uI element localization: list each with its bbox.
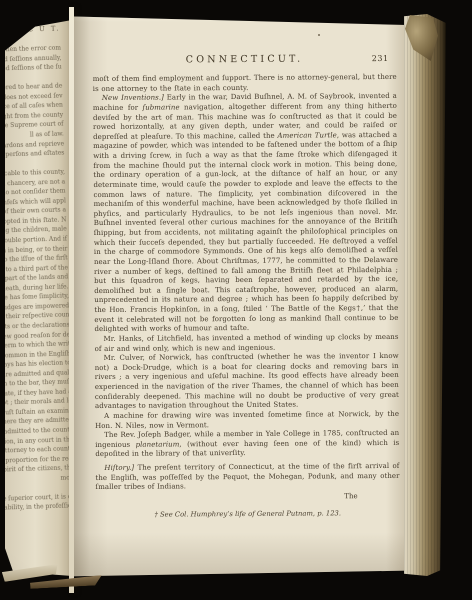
catchword: The xyxy=(96,492,400,502)
page-number: 231 xyxy=(372,54,389,63)
header-title: CONNECTICUT. xyxy=(186,54,304,66)
running-header: CONNECTICUT. 231 xyxy=(93,53,397,66)
paragraph: moſt of them find employment and ſupport… xyxy=(93,73,397,94)
left-page: I C U T. e court, when the error comare … xyxy=(5,20,72,576)
body-text: moſt of them find employment and ſupport… xyxy=(93,73,400,493)
paragraph: Hiſtory.] The preſent territory of Conne… xyxy=(95,462,399,493)
gutter-leaf-edge xyxy=(69,7,74,593)
book-photo: I C U T. e court, when the error comare … xyxy=(0,0,472,600)
left-page-line: ability, in the profeſſion xyxy=(5,502,72,519)
loose-page-corner-shadow xyxy=(30,575,102,589)
paragraph: Mr. Hanks, of Litchfield, has invented a… xyxy=(94,333,398,354)
right-page: CONNECTICUT. 231 moſt of them find emplo… xyxy=(74,12,406,578)
paragraph: Mr. Culver, of Norwick, has conſtructed … xyxy=(95,352,399,412)
paragraph: A machine for drawing wire was invented … xyxy=(95,410,399,431)
page-edges xyxy=(404,14,446,576)
footnote: † See Col. Humphrey’s life of General Pu… xyxy=(96,509,400,519)
paragraph: New Inventions.] Early in the war, David… xyxy=(93,92,399,335)
page-content: CONNECTICUT. 231 moſt of them find emplo… xyxy=(72,11,408,519)
paper-speck xyxy=(318,34,320,36)
paragraph: The Rev. Joſeph Badger, while a member i… xyxy=(95,429,399,460)
left-page-lines: I C U T. e court, when the error comare … xyxy=(5,25,72,519)
